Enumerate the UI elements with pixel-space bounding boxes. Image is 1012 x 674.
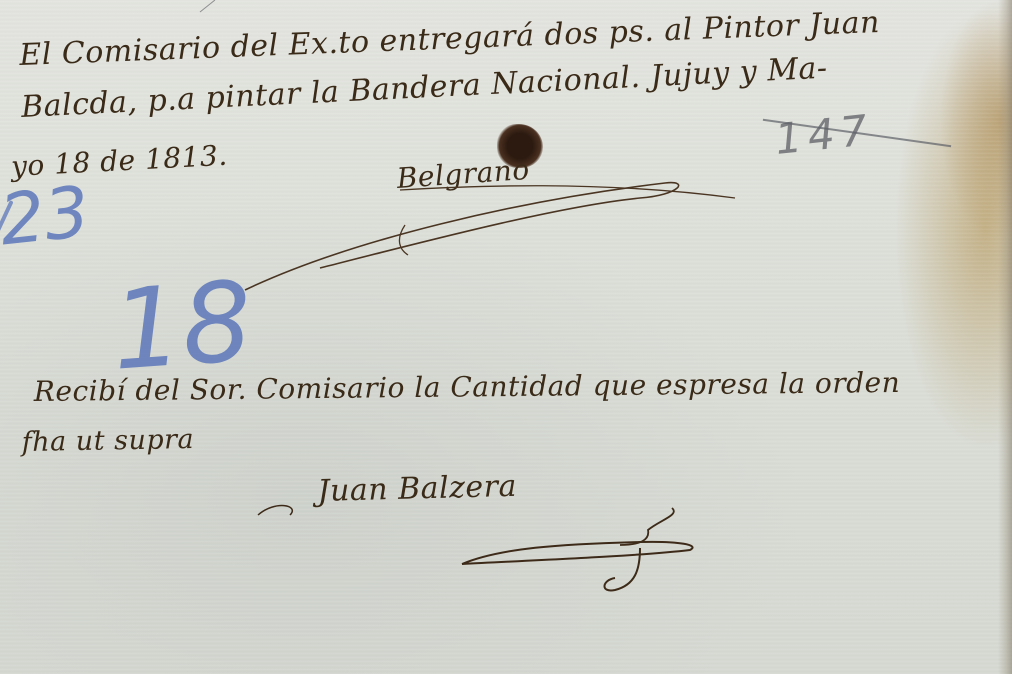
page-edge-shadow xyxy=(998,0,1012,674)
receipt-line-2: fha ut supra xyxy=(21,424,194,458)
signature-balzera: Juan Balzera xyxy=(317,469,517,509)
blue-annotation-23: 23 xyxy=(0,171,93,262)
